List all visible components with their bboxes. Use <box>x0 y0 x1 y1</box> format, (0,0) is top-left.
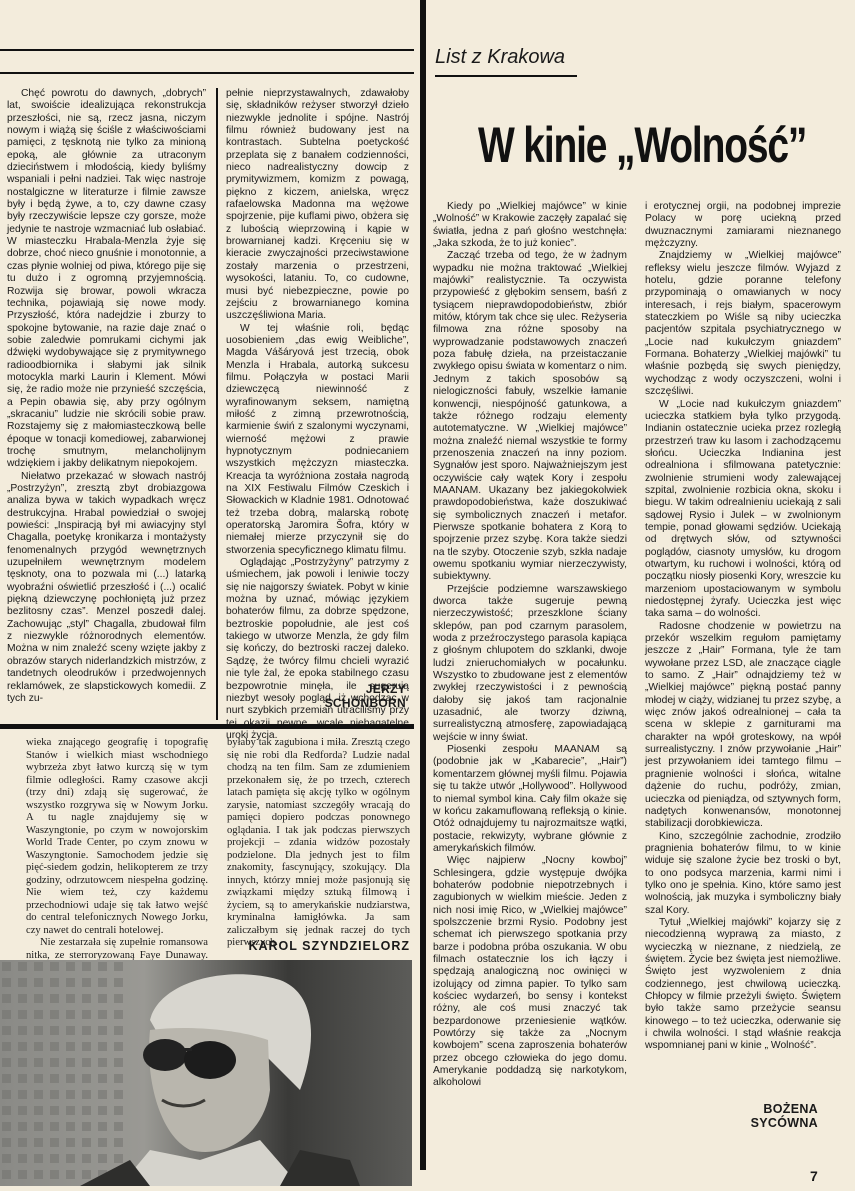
main-column-divider <box>420 0 426 1170</box>
portrait-photo <box>0 960 412 1186</box>
paragraph: Tytuł „Wielkiej majówki” kojarzy się z n… <box>645 917 841 1053</box>
article1-column-2: pełnie nieprzystawalnych, zdawałoby się,… <box>226 88 409 742</box>
paragraph: Radosne chodzenie w powietrzu na przekór… <box>645 621 841 831</box>
paragraph: Piosenki zespołu MAANAM są (podobnie jak… <box>433 744 627 855</box>
paragraph: i erotycznej orgii, na podobnej imprezie… <box>645 201 841 250</box>
kicker-underline <box>435 75 577 77</box>
paragraph: Oglądając „Postrzyżyny” patrzymy z uśmie… <box>226 557 409 742</box>
top-rule-1 <box>0 49 414 51</box>
article1-byline: JERZY SCHÖNBORN <box>280 682 406 710</box>
byline-first-name: JERZY <box>280 682 406 696</box>
article1-column-1: Chęć powrotu do dawnych, „dobrych” lat, … <box>7 88 206 705</box>
top-rule-2 <box>0 72 414 74</box>
page-number: 7 <box>810 1168 818 1184</box>
article1-column-divider <box>216 88 218 720</box>
paragraph: Więc najpierw „Nocny kowboj” Schlesinger… <box>433 855 627 1090</box>
paragraph: Kiedy po „Wielkiej majówce” w kinie „Wol… <box>433 201 627 250</box>
section-kicker: List z Krakowa <box>435 46 565 69</box>
paragraph: Znajdziemy w „Wielkiej majówce” refleksy… <box>645 250 841 398</box>
paragraph: Przejście podziemne warszawskiego dworca… <box>433 584 627 744</box>
section-separator <box>0 724 414 729</box>
byline-first-name: BOŻENA <box>700 1102 818 1116</box>
article-title: W kinie „Wolność” <box>478 116 806 174</box>
paragraph: Kino, szczególnie zachodnie, zrodziło pr… <box>645 831 841 917</box>
article3-column-2: i erotycznej orgii, na podobnej imprezie… <box>645 201 841 1053</box>
paragraph: Zacząć trzeba od tego, że w żadnym wypad… <box>433 250 627 583</box>
article3-byline: BOŻENA SYCÓWNA <box>700 1102 818 1130</box>
paragraph: byłaby tak zagubiona i miła. Zresztą cze… <box>227 737 410 950</box>
byline-last-name: SYCÓWNA <box>700 1116 818 1130</box>
paragraph: W tej właśnie roli, będąc uosobieniem „d… <box>226 323 409 558</box>
paragraph: W „Locie nad kukułczym gniazdem” ucieczk… <box>645 399 841 621</box>
paragraph: pełnie nieprzystawalnych, zdawałoby się,… <box>226 88 409 323</box>
article3-column-1: Kiedy po „Wielkiej majówce” w kinie „Wol… <box>433 201 627 1090</box>
portrait-photo-illustration <box>0 960 412 1186</box>
paragraph: Niełatwo przekazać w słowach nastrój „Po… <box>7 471 206 706</box>
article2-byline: KAROL SZYNDZIELORZ <box>220 939 410 953</box>
article2-column-2: byłaby tak zagubiona i miła. Zresztą cze… <box>227 737 410 950</box>
paragraph: Chęć powrotu do dawnych, „dobrych” lat, … <box>7 88 206 471</box>
article2-column-1: wieka znającego geografię i topografię S… <box>26 737 208 975</box>
byline-last-name: SCHÖNBORN <box>280 696 406 710</box>
paragraph: wieka znającego geografię i topografię S… <box>26 737 208 937</box>
